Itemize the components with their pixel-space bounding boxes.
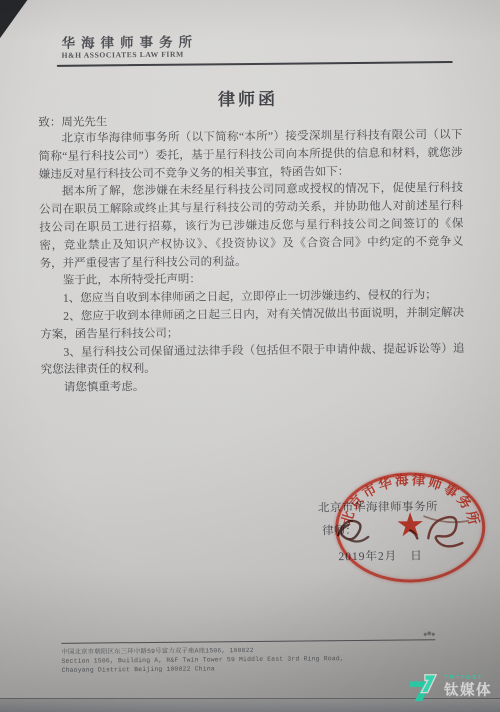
letterhead-firm-name-cn: 华海律师事务所 bbox=[61, 30, 198, 51]
document-title: 律师函 bbox=[0, 83, 498, 113]
paragraph-allegation: 据本所了解，您涉嫌在未经星行科技公司同意或授权的情况下，促使星行科技公司在职员工… bbox=[39, 180, 464, 273]
tmtpost-logo-icon bbox=[407, 671, 439, 703]
letterhead-firm-name-en: H&H ASSOCIATES LAW FIRM bbox=[62, 50, 184, 60]
footer-divider bbox=[61, 639, 435, 644]
demand-item-2: 2、您应于收到本律师函之日起三日内，对有关情况做出书面说明，并制定解决方案，函告… bbox=[40, 305, 464, 345]
letter-photo: 华海律师事务所 H&H ASSOCIATES LAW FIRM 律师函 致：周光… bbox=[0, 0, 500, 712]
tmtpost-brand-cn: 钛媒体 bbox=[444, 684, 492, 699]
tmtpost-brand-en: TMTPOST bbox=[444, 676, 492, 682]
demand-item-3: 3、星行科技公司保留通过法律手段（包括但不限于申请仲裁、提起诉讼等）追究您法律责… bbox=[40, 341, 464, 381]
tmtpost-watermark: TMTPOST 钛媒体 bbox=[407, 671, 492, 703]
letter-body: 北京市华海律师事务所（以下简称“本所”）接受深圳星行科技有限公司（以下简称“星行… bbox=[38, 127, 465, 398]
paragraph-intro: 北京市华海律师事务所（以下简称“本所”）接受深圳星行科技有限公司（以下简称“星行… bbox=[38, 127, 462, 184]
tmtpost-wordmark: TMTPOST 钛媒体 bbox=[444, 676, 492, 698]
letterhead-divider bbox=[57, 61, 453, 67]
letter-page: 华海律师事务所 H&H ASSOCIATES LAW FIRM 律师函 致：周光… bbox=[0, 0, 500, 712]
signature-scribble bbox=[324, 504, 484, 552]
footer-address-block: 中国北京市朝阳区东三环中路59号富力双子座A座1506, 100022 Sect… bbox=[61, 646, 391, 676]
recipient-line: 致：周光先生 bbox=[38, 113, 107, 130]
smudge-mark bbox=[423, 631, 435, 637]
closing-line: 请您慎重考虑。 bbox=[41, 376, 465, 398]
